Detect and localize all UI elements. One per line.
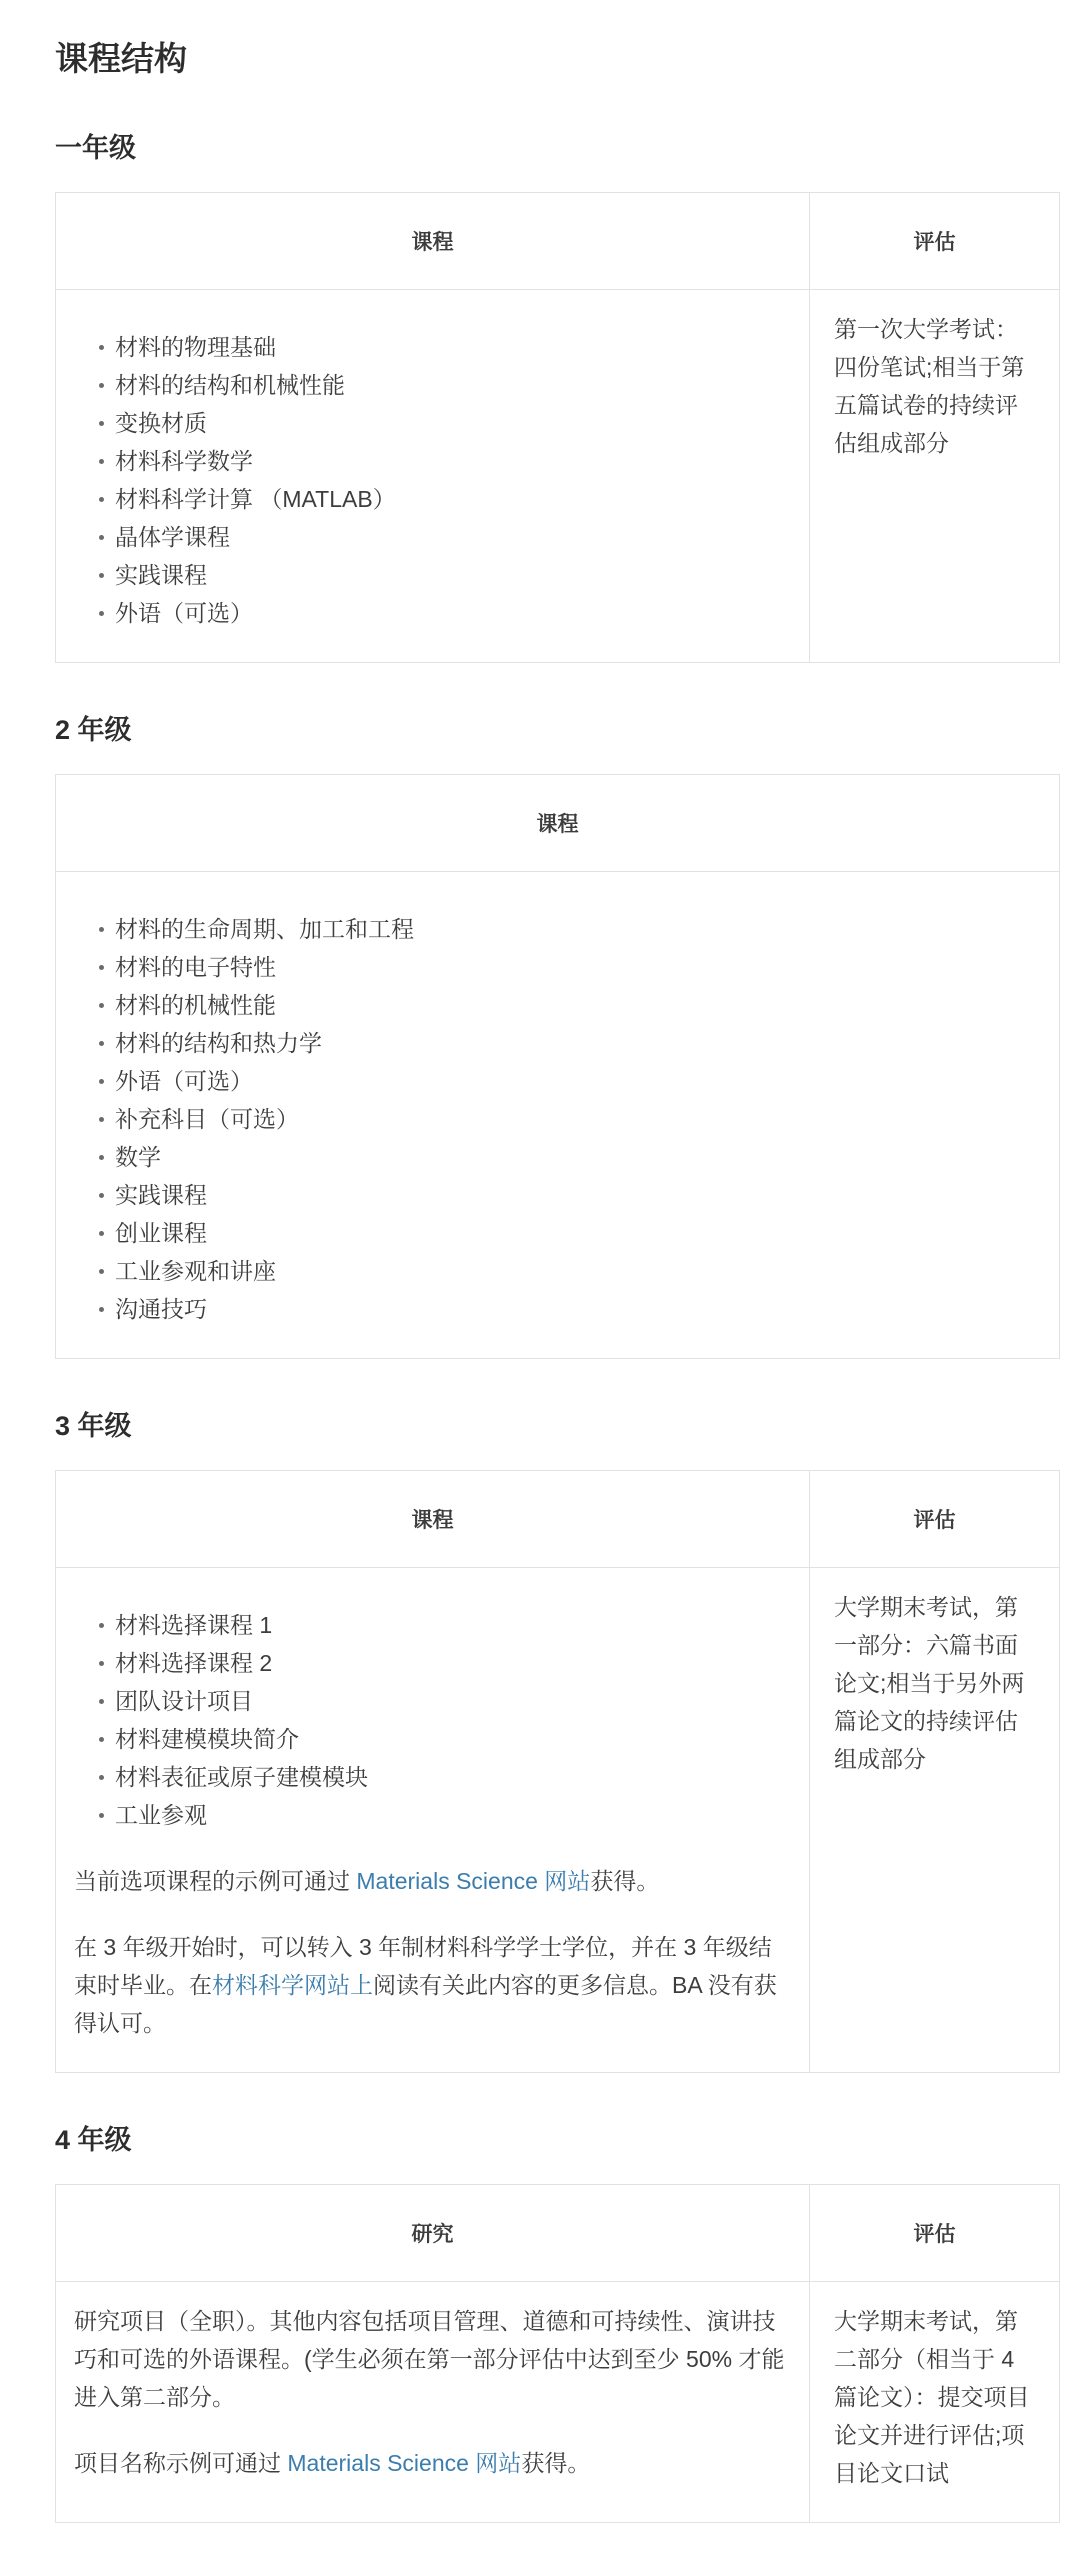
materials-science-site-link[interactable]: 材料科学网站上 bbox=[212, 1972, 373, 1998]
table-header-row: 课程 评估 bbox=[56, 192, 1060, 289]
course-item: 材料的结构和热力学 bbox=[98, 1024, 1041, 1062]
course-item: 实践课程 bbox=[98, 556, 791, 594]
transfer-note: 在 3 年级开始时，可以转入 3 年制材料科学学士学位，并在 3 年级结束时毕业… bbox=[74, 1928, 791, 2042]
year-4-table: 研究 评估 研究项目（全职）。其他内容包括项目管理、道德和可持续性、演讲技巧和可… bbox=[55, 2184, 1060, 2523]
course-item: 工业参观 bbox=[98, 1796, 791, 1834]
course-list: 材料的生命周期、加工和工程材料的电子特性材料的机械性能材料的结构和热力学外语（可… bbox=[74, 910, 1041, 1328]
course-structure-page: 课程结构 一年级 课程 评估 材料的物理基础材料的结构和机械性能变换材质材料科学… bbox=[0, 0, 1081, 2552]
year-4-heading: 4 年级 bbox=[55, 2123, 1060, 2158]
course-item: 材料表征或原子建模模块 bbox=[98, 1758, 791, 1796]
project-titles-note: 项目名称示例可通过 Materials Science 网站获得。 bbox=[74, 2444, 791, 2482]
table-body-row: 材料的物理基础材料的结构和机械性能变换材质材料科学数学材料科学计算 （MATLA… bbox=[56, 289, 1060, 662]
assessment-column-header: 评估 bbox=[810, 2185, 1060, 2282]
assessment-cell: 大学期末考试，第一部分：六篇书面论文;相当于另外两篇论文的持续评估组成部分 bbox=[810, 1568, 1060, 2073]
note-text: 获得。 bbox=[590, 1868, 659, 1894]
courses-column-header: 课程 bbox=[56, 1471, 810, 1568]
course-item: 工业参观和讲座 bbox=[98, 1252, 1041, 1290]
year-3-heading: 3 年级 bbox=[55, 1409, 1060, 1444]
course-item: 补充科目（可选） bbox=[98, 1100, 1041, 1138]
year-2-table: 课程 材料的生命周期、加工和工程材料的电子特性材料的机械性能材料的结构和热力学外… bbox=[55, 774, 1060, 1359]
year-3-table: 课程 评估 材料选择课程 1材料选择课程 2团队设计项目材料建模模块简介材料表征… bbox=[55, 1470, 1060, 2073]
note-text: 获得。 bbox=[521, 2450, 590, 2476]
table-body-row: 材料的生命周期、加工和工程材料的电子特性材料的机械性能材料的结构和热力学外语（可… bbox=[56, 872, 1060, 1359]
research-column-header: 研究 bbox=[56, 2185, 810, 2282]
section-year-3: 3 年级 课程 评估 材料选择课程 1材料选择课程 2团队设计项目材料建模模块简… bbox=[55, 1409, 1060, 2073]
assessment-column-header: 评估 bbox=[810, 192, 1060, 289]
courses-cell: 材料的生命周期、加工和工程材料的电子特性材料的机械性能材料的结构和热力学外语（可… bbox=[56, 872, 1060, 1359]
course-item: 材料选择课程 1 bbox=[98, 1606, 791, 1644]
course-item: 外语（可选） bbox=[98, 1062, 1041, 1100]
courses-column-header: 课程 bbox=[56, 192, 810, 289]
assessment-cell: 第一次大学考试：四份笔试;相当于第五篇试卷的持续评估组成部分 bbox=[810, 289, 1060, 662]
note-text: 项目名称示例可通过 bbox=[74, 2450, 287, 2476]
table-body-row: 材料选择课程 1材料选择课程 2团队设计项目材料建模模块简介材料表征或原子建模模… bbox=[56, 1568, 1060, 2073]
section-year-4: 4 年级 研究 评估 研究项目（全职）。其他内容包括项目管理、道德和可持续性、演… bbox=[55, 2123, 1060, 2523]
materials-science-website-link[interactable]: Materials Science 网站 bbox=[356, 1868, 590, 1894]
course-item: 数学 bbox=[98, 1138, 1041, 1176]
course-item: 材料的生命周期、加工和工程 bbox=[98, 910, 1041, 948]
page-title: 课程结构 bbox=[55, 38, 1060, 81]
year-1-heading: 一年级 bbox=[55, 131, 1060, 166]
year-1-table: 课程 评估 材料的物理基础材料的结构和机械性能变换材质材料科学数学材料科学计算 … bbox=[55, 192, 1060, 663]
courses-column-header: 课程 bbox=[56, 775, 1060, 872]
course-item: 材料的结构和机械性能 bbox=[98, 366, 791, 404]
courses-cell: 材料的物理基础材料的结构和机械性能变换材质材料科学数学材料科学计算 （MATLA… bbox=[56, 289, 810, 662]
course-item: 实践课程 bbox=[98, 1176, 1041, 1214]
course-item: 材料科学计算 （MATLAB） bbox=[98, 480, 791, 518]
note-text: 当前选项课程的示例可通过 bbox=[74, 1868, 356, 1894]
table-header-row: 课程 评估 bbox=[56, 1471, 1060, 1568]
course-item: 沟通技巧 bbox=[98, 1290, 1041, 1328]
course-item: 外语（可选） bbox=[98, 594, 791, 632]
course-item: 团队设计项目 bbox=[98, 1682, 791, 1720]
course-item: 材料建模模块简介 bbox=[98, 1720, 791, 1758]
course-item: 材料的机械性能 bbox=[98, 986, 1041, 1024]
table-header-row: 研究 评估 bbox=[56, 2185, 1060, 2282]
section-year-1: 一年级 课程 评估 材料的物理基础材料的结构和机械性能变换材质材料科学数学材料科… bbox=[55, 131, 1060, 663]
year-2-heading: 2 年级 bbox=[55, 713, 1060, 748]
section-year-2: 2 年级 课程 材料的生命周期、加工和工程材料的电子特性材料的机械性能材料的结构… bbox=[55, 713, 1060, 1359]
table-header-row: 课程 bbox=[56, 775, 1060, 872]
options-note: 当前选项课程的示例可通过 Materials Science 网站获得。 bbox=[74, 1862, 791, 1900]
course-list: 材料的物理基础材料的结构和机械性能变换材质材料科学数学材料科学计算 （MATLA… bbox=[74, 328, 791, 632]
course-item: 晶体学课程 bbox=[98, 518, 791, 556]
courses-cell: 材料选择课程 1材料选择课程 2团队设计项目材料建模模块简介材料表征或原子建模模… bbox=[56, 1568, 810, 2073]
research-description: 研究项目（全职）。其他内容包括项目管理、道德和可持续性、演讲技巧和可选的外语课程… bbox=[74, 2302, 791, 2416]
table-body-row: 研究项目（全职）。其他内容包括项目管理、道德和可持续性、演讲技巧和可选的外语课程… bbox=[56, 2282, 1060, 2523]
course-item: 创业课程 bbox=[98, 1214, 1041, 1252]
course-item: 材料选择课程 2 bbox=[98, 1644, 791, 1682]
course-item: 材料的物理基础 bbox=[98, 328, 791, 366]
course-item: 变换材质 bbox=[98, 404, 791, 442]
assessment-column-header: 评估 bbox=[810, 1471, 1060, 1568]
course-item: 材料的电子特性 bbox=[98, 948, 1041, 986]
course-item: 材料科学数学 bbox=[98, 442, 791, 480]
course-list: 材料选择课程 1材料选择课程 2团队设计项目材料建模模块简介材料表征或原子建模模… bbox=[74, 1606, 791, 1834]
assessment-cell: 大学期末考试，第二部分（相当于 4 篇论文）：提交项目论文并进行评估;项目论文口… bbox=[810, 2282, 1060, 2523]
materials-science-website-link[interactable]: Materials Science 网站 bbox=[287, 2450, 521, 2476]
research-cell: 研究项目（全职）。其他内容包括项目管理、道德和可持续性、演讲技巧和可选的外语课程… bbox=[56, 2282, 810, 2523]
